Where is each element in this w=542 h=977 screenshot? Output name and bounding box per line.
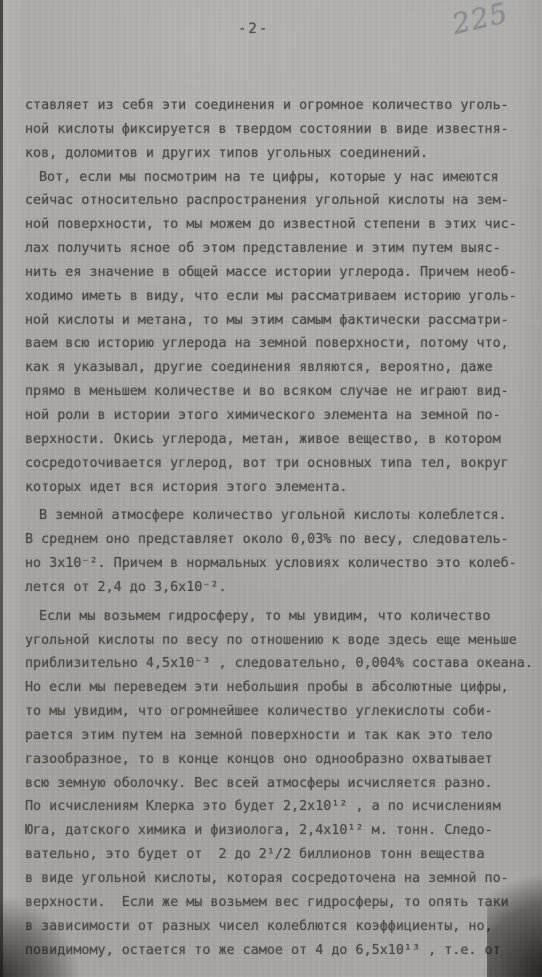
text-line: ков, доломитов и других типов угольных с… <box>25 142 536 166</box>
document-body: ставляет из себя эти соединения и огромн… <box>25 94 536 962</box>
text-line: сосредоточивается углерод, вот три основ… <box>25 452 536 476</box>
text-line: угольной кислоты по весу по отношению к … <box>25 629 536 653</box>
scan-left-edge <box>0 0 3 977</box>
text-line: сейчас относительно распространения угол… <box>25 189 536 213</box>
text-line: Вот, если мы посмотрим на те цифры, кото… <box>25 166 536 190</box>
scanned-document-page: -2- 225 ставляет из себя эти соединения … <box>0 0 542 977</box>
text-line: но 3х10⁻². Причем в нормальных условиях … <box>25 552 536 576</box>
text-line: Но если мы переведем эти небольшия пробы… <box>25 676 536 700</box>
text-line: как я указывал, другие соединения являют… <box>25 356 536 380</box>
text-line: повидимому, остается то же самое от 4 до… <box>25 939 536 963</box>
text-line: Юга, датского химика и физиолога, 2,4х10… <box>25 819 536 843</box>
text-line: По исчислениям Клерка это будет 2,2х10¹²… <box>25 795 536 819</box>
text-line: в виде угольной кислоты, которая сосредо… <box>25 867 536 891</box>
text-line: прямо в меньшем количестве и во всяком с… <box>25 380 536 404</box>
text-line: нить ея значение в общей массе истории у… <box>25 261 536 285</box>
text-line: которых идет вся история этого элемента. <box>25 476 536 500</box>
text-line: ной кислоты и метана, то мы этим самым ф… <box>25 309 536 333</box>
text-line: в зависимости от разных чисел колеблются… <box>25 915 536 939</box>
text-line: лах получить ясное об этом представление… <box>25 237 536 261</box>
text-line: верхности. Окись углерода, метан, живое … <box>25 428 536 452</box>
text-line: ной кислоты фиксируется в твердом состоя… <box>25 118 536 142</box>
scan-shadow-bottom-left <box>0 897 90 977</box>
text-line: приблизительно 4,5х10⁻³ , следовательно,… <box>25 652 536 676</box>
text-line: ной поверхности, то мы можем до известно… <box>25 213 536 237</box>
text-line: ставляет из себя эти соединения и огромн… <box>25 94 536 118</box>
text-line: то мы увидим, что огромнейшее количество… <box>25 700 536 724</box>
scan-shadow-bottom-right <box>487 847 542 977</box>
text-line: лется от 2,4 до 3,6х10⁻². <box>25 576 536 600</box>
handwritten-folio-number: 225 <box>449 0 511 41</box>
text-line: газообразное, то в конце концов оно одно… <box>25 748 536 772</box>
text-line: ходимо иметь в виду, что если мы рассмат… <box>25 285 536 309</box>
text-line: ваем всю историю углерода на земной пове… <box>25 332 536 356</box>
text-line: В среднем оно представляет около 0,03% п… <box>25 528 536 552</box>
text-line: В земной атмосфере количество угольной к… <box>25 504 536 528</box>
text-line: рается этим путем на земной поверхности … <box>25 724 536 748</box>
text-line: всю земную оболочку. Вес всей атмосферы … <box>25 772 536 796</box>
page-number: -2- <box>238 21 269 37</box>
text-line: ной роли в истории этого химического эле… <box>25 404 536 428</box>
text-line: верхности. Если же мы возьмем вес гидрос… <box>25 891 536 915</box>
text-line: Если мы возьмем гидросферу, то мы увидим… <box>25 605 536 629</box>
text-line: вательно, это будет от 2 до 2¹/2 биллион… <box>25 843 536 867</box>
